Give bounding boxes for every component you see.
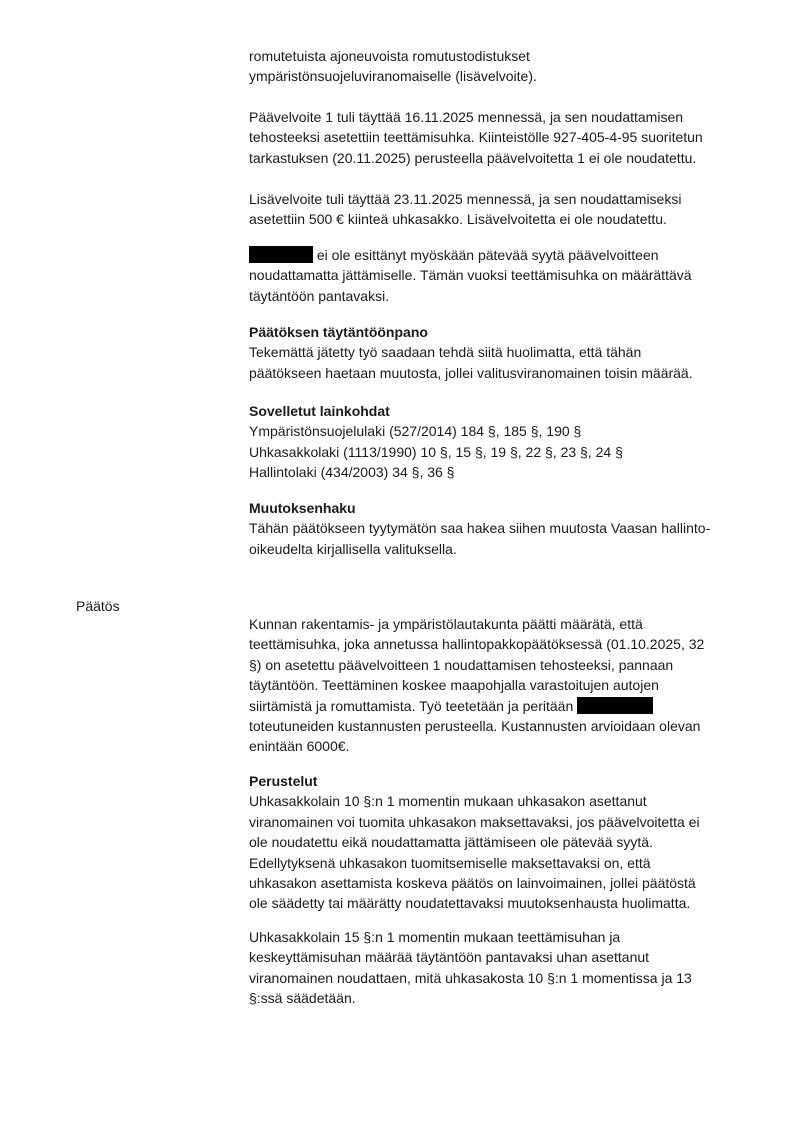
text-line: keskeyttämisuhan määrää täytäntöön panta… xyxy=(249,947,749,967)
text-line: tehosteeksi asetettiin teettämisuhka. Ki… xyxy=(249,127,749,147)
additional-obligation-paragraph: Lisävelvoite tuli täyttää 23.11.2025 men… xyxy=(249,189,749,230)
reasons-paragraph-2: Uhkasakkolain 15 §:n 1 momentin mukaan t… xyxy=(249,927,749,1009)
text-line: viranomainen voi tuomita uhkasakon makse… xyxy=(249,812,749,832)
redaction-box xyxy=(577,697,653,714)
section-heading: Perustelut xyxy=(249,771,749,791)
text-line: noudattamatta jättämiselle. Tämän vuoksi… xyxy=(249,265,749,285)
text-line: asetettiin 500 € kiinteä uhkasakko. Lisä… xyxy=(249,209,749,229)
main-obligation-paragraph: Päävelvoite 1 tuli täyttää 16.11.2025 me… xyxy=(249,107,749,168)
text-line: romutetuista ajoneuvoista romutustodistu… xyxy=(249,46,749,66)
text-line: §:ssä säädetään. xyxy=(249,988,749,1008)
decision-side-label: Päätös xyxy=(76,596,120,616)
text-line: Lisävelvoite tuli täyttää 23.11.2025 men… xyxy=(249,189,749,209)
text-line: Edellytyksenä uhkasakon tuomitsemiselle … xyxy=(249,853,749,873)
text-line: ole säädetty tai määrätty noudatettavaks… xyxy=(249,893,749,913)
text-line: päätökseen haetaan muutosta, jollei vali… xyxy=(249,363,749,383)
intro-paragraph: romutetuista ajoneuvoista romutustodistu… xyxy=(249,46,749,87)
text-line: Tekemättä jätetty työ saadaan tehdä siit… xyxy=(249,342,749,362)
text-line: ole noudatettu eikä noudattamatta jättäm… xyxy=(249,832,749,852)
text-line: teettämisuhka, joka annetussa hallintopa… xyxy=(249,634,749,654)
text-line: Tähän päätökseen tyytymätön saa hakea si… xyxy=(249,518,749,538)
text-line: täytäntöön. Teettäminen koskee maapohjal… xyxy=(249,675,749,695)
text-line: Kunnan rakentamis- ja ympäristölautakunt… xyxy=(249,614,749,634)
reasons-section: Perustelut Uhkasakkolain 10 §:n 1 moment… xyxy=(249,771,749,914)
text-line: Uhkasakkolaki (1113/1990) 10 §, 15 §, 19… xyxy=(249,442,749,462)
text-line: täytäntöön pantavaksi. xyxy=(249,286,749,306)
text-line: Hallintolaki (434/2003) 34 §, 36 § xyxy=(249,462,749,482)
enforcement-section: Päätöksen täytäntöönpano Tekemättä jätet… xyxy=(249,322,749,383)
text-line: toteutuneiden kustannusten perusteella. … xyxy=(249,716,749,736)
text-line: ympäristönsuojeluviranomaiselle (lisävel… xyxy=(249,66,749,86)
text-line: tarkastuksen (20.11.2025) perusteella pä… xyxy=(249,148,749,168)
decision-paragraph: Kunnan rakentamis- ja ympäristölautakunt… xyxy=(249,614,749,757)
text-fragment: siirtämistä ja romuttamista. Työ teetetä… xyxy=(249,698,577,714)
text-line: ei ole esittänyt myöskään pätevää syytä … xyxy=(249,245,749,265)
text-line: Uhkasakkolain 10 §:n 1 momentin mukaan u… xyxy=(249,791,749,811)
appeal-section: Muutoksenhaku Tähän päätökseen tyytymätö… xyxy=(249,498,749,559)
text-line: enintään 6000€. xyxy=(249,736,749,756)
text-line: siirtämistä ja romuttamista. Työ teetetä… xyxy=(249,696,749,716)
text-line: Ympäristönsuojelulaki (527/2014) 184 §, … xyxy=(249,421,749,441)
text-line: Uhkasakkolain 15 §:n 1 momentin mukaan t… xyxy=(249,927,749,947)
applied-laws-section: Sovelletut lainkohdat Ympäristönsuojelul… xyxy=(249,401,749,483)
section-heading: Sovelletut lainkohdat xyxy=(249,401,749,421)
text-fragment: ei ole esittänyt myöskään pätevää syytä … xyxy=(313,247,659,263)
section-heading: Muutoksenhaku xyxy=(249,498,749,518)
text-line: viranomainen noudattaen, mitä uhkasakost… xyxy=(249,968,749,988)
text-line: oikeudelta kirjallisella valituksella. xyxy=(249,539,749,559)
redaction-box xyxy=(249,246,313,263)
section-heading: Päätöksen täytäntöönpano xyxy=(249,322,749,342)
text-line: uhkasakon asettamista koskeva päätös on … xyxy=(249,873,749,893)
no-valid-reason-paragraph: ei ole esittänyt myöskään pätevää syytä … xyxy=(249,245,749,306)
text-line: Päävelvoite 1 tuli täyttää 16.11.2025 me… xyxy=(249,107,749,127)
text-line: §) on asetettu päävelvoitteen 1 noudatta… xyxy=(249,655,749,675)
